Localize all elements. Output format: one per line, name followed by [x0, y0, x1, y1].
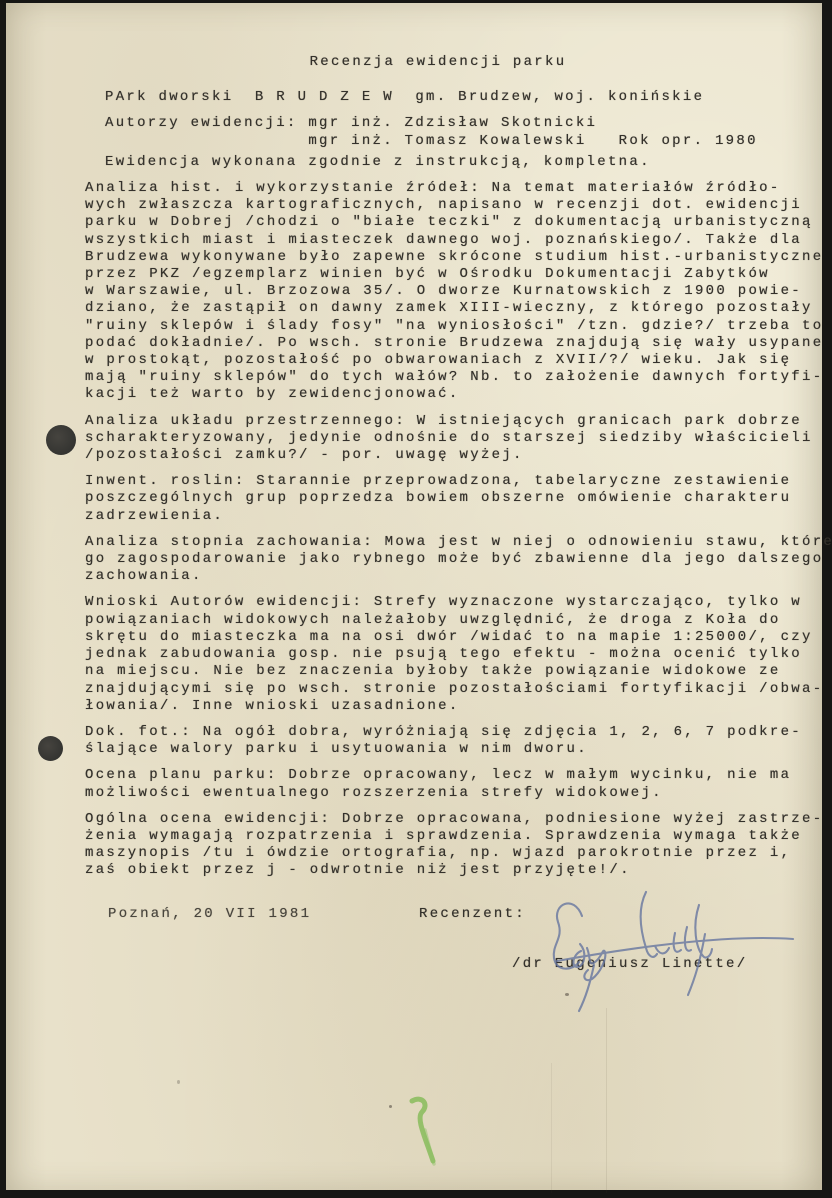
fold-crease-line-2: [551, 1063, 552, 1193]
punch-hole-mark-bottom: [38, 736, 63, 761]
signature-stroke: [655, 905, 712, 958]
header-park-line: PArk dworski B R U D Z E W gm. Brudzew, …: [85, 89, 825, 106]
paragraph-ocena-planu-parku: Ocena planu parku: Dobrze opracowany, le…: [85, 767, 825, 801]
scan-background: { "document": { "kind": "typewritten rev…: [0, 0, 832, 1198]
handwritten-signature: [528, 878, 808, 1018]
fold-crease-line: [606, 1008, 607, 1193]
header-authors-line-1: Autorzy ewidencji: mgr inż. Zdzisław Sko…: [105, 115, 597, 131]
paragraph-analiza-hist: Analiza hist. i wykorzystanie źródeł: Na…: [85, 180, 825, 404]
green-ink-mark: [395, 1085, 465, 1185]
paragraph-inwentaryzacja-roslin: Inwent. roslin: Starannie przeprowadzona…: [85, 473, 825, 525]
footer-place-date: Poznań, 20 VII 1981: [108, 906, 311, 923]
paragraph-analiza-ukladu: Analiza układu przestrzennego: W istniej…: [85, 413, 825, 465]
paragraph-ogolna-ocena: Ogólna ocena ewidencji: Dobrze opracowan…: [85, 811, 825, 880]
header-completeness-line: Ewidencja wykonana zgodnie z instrukcją,…: [85, 154, 825, 171]
text-column: Recenzja ewidencji parku PArk dworski B …: [85, 54, 825, 889]
header-authors-line-2: mgr inż. Tomasz Kowalewski Rok opr. 1980: [105, 133, 758, 149]
paragraph-dokumentacja-fotograficzna: Dok. fot.: Na ogół dobra, wyróżniają się…: [85, 724, 825, 758]
ink-speck: [389, 1105, 392, 1108]
header-authors-lines: Autorzy ewidencji: mgr inż. Zdzisław Sko…: [85, 115, 825, 149]
document-title: Recenzja ewidencji parku: [85, 54, 791, 71]
punch-hole-mark-top: [46, 425, 76, 455]
paragraph-wnioski-autorow: Wnioski Autorów ewidencji: Strefy wyznac…: [85, 594, 825, 714]
ink-speck: [177, 1080, 180, 1084]
paragraph-analiza-stopnia-zachowania: Analiza stopnia zachowania: Mowa jest w …: [85, 534, 825, 586]
footer-recenzent-label: Recenzent:: [419, 906, 526, 923]
